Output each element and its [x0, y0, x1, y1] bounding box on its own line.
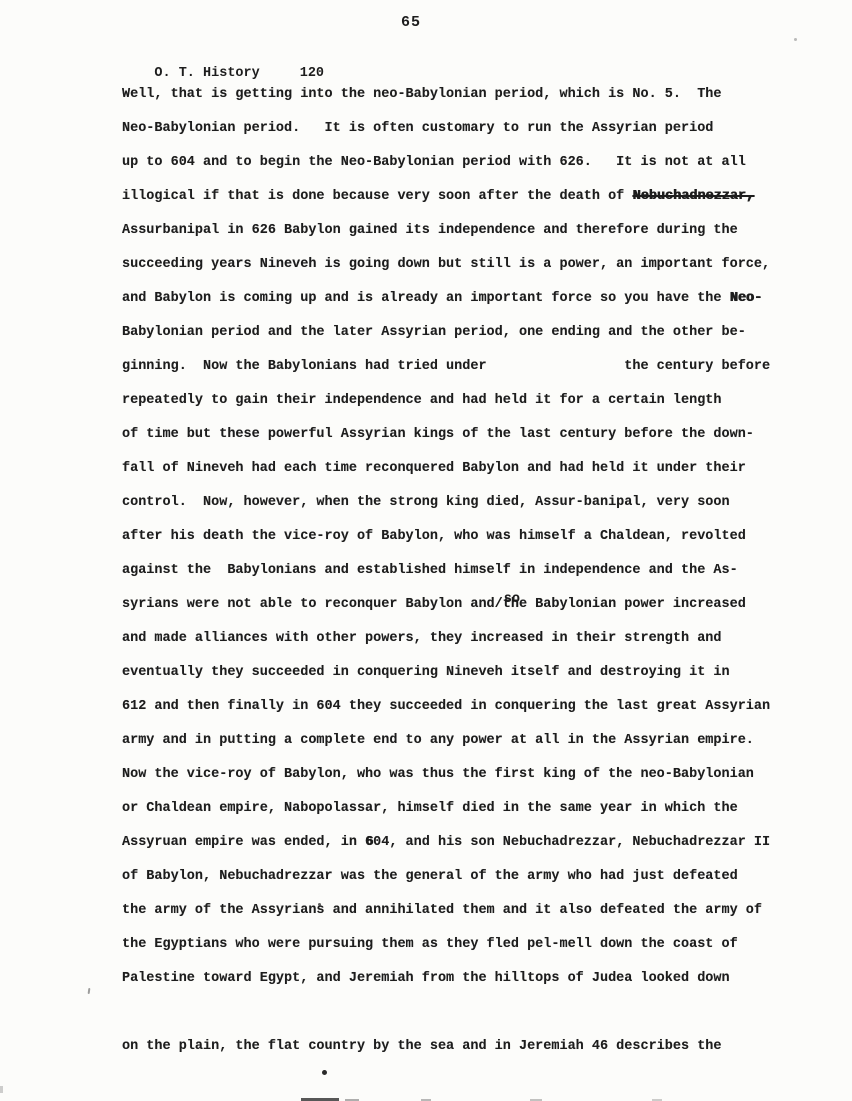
- text-line: repeatedly to gain their independence an…: [122, 391, 770, 425]
- ink-dot: [322, 1070, 327, 1075]
- scan-edge-mark: [0, 1086, 3, 1093]
- text-line: and made alliances with other powers, th…: [122, 629, 770, 663]
- course-title: O. T. History: [154, 66, 259, 81]
- text-line: of time but these powerful Assyrian king…: [122, 425, 770, 459]
- text-line: ginning. Now the Babylonians had tried u…: [122, 357, 770, 391]
- page-number: 65: [401, 14, 421, 31]
- text-line: illogical if that is done because very s…: [122, 187, 770, 221]
- text-line: Now the vice-roy of Babylon, who was thu…: [122, 765, 770, 799]
- scanned-page: 65 O. T. History120 Well, that is gettin…: [0, 0, 852, 1101]
- text-line: the Egyptians who were pursuing them as …: [122, 935, 770, 969]
- text-line: 612 and then finally in 604 they succeed…: [122, 697, 770, 731]
- text-line: on the plain, the flat country by the se…: [122, 1037, 770, 1071]
- text-line: or Chaldean empire, Nabopolassar, himsel…: [122, 799, 770, 833]
- text-line: succeeding years Nineveh is going down b…: [122, 255, 770, 289]
- course-number: 120: [300, 66, 324, 81]
- text-line: up to 604 and to begin the Neo-Babylonia…: [122, 153, 770, 187]
- transcript-body: Well, that is getting into the neo-Babyl…: [122, 85, 770, 1071]
- text-line: of Babylon, Nebuchadrezzar was the gener…: [122, 867, 770, 901]
- text-line: fall of Nineveh had each time reconquere…: [122, 459, 770, 493]
- text-line: syrians were not able to reconquer Babyl…: [122, 595, 770, 629]
- text-line: army and in putting a complete end to an…: [122, 731, 770, 765]
- ink-speck: [88, 988, 91, 994]
- text-line: Neo-Babylonian period. It is often custo…: [122, 119, 770, 153]
- struck-out-word: Nebuchadnezzar,: [632, 189, 754, 204]
- text-line: control. Now, however, when the strong k…: [122, 493, 770, 527]
- text-line: and Babylon is coming up and is already …: [122, 289, 770, 323]
- text-line: Palestine toward Egypt, and Jeremiah fro…: [122, 969, 770, 1003]
- ink-speck: [318, 903, 321, 906]
- text-line: against the Babylonians and established …: [122, 561, 770, 595]
- text-line: Assurbanipal in 626 Babylon gained its i…: [122, 221, 770, 255]
- text-line: Babylonian period and the later Assyrian…: [122, 323, 770, 357]
- text-line: Assyruan empire was ended, in 604, and h…: [122, 833, 770, 867]
- text-line: eventually they succeeded in conquering …: [122, 663, 770, 697]
- text-line: the army of the Assyrians and annihilate…: [122, 901, 770, 935]
- ink-speck: [794, 38, 797, 41]
- text-line: Well, that is getting into the neo-Babyl…: [122, 85, 770, 119]
- text-line: after his death the vice-roy of Babylon,…: [122, 527, 770, 561]
